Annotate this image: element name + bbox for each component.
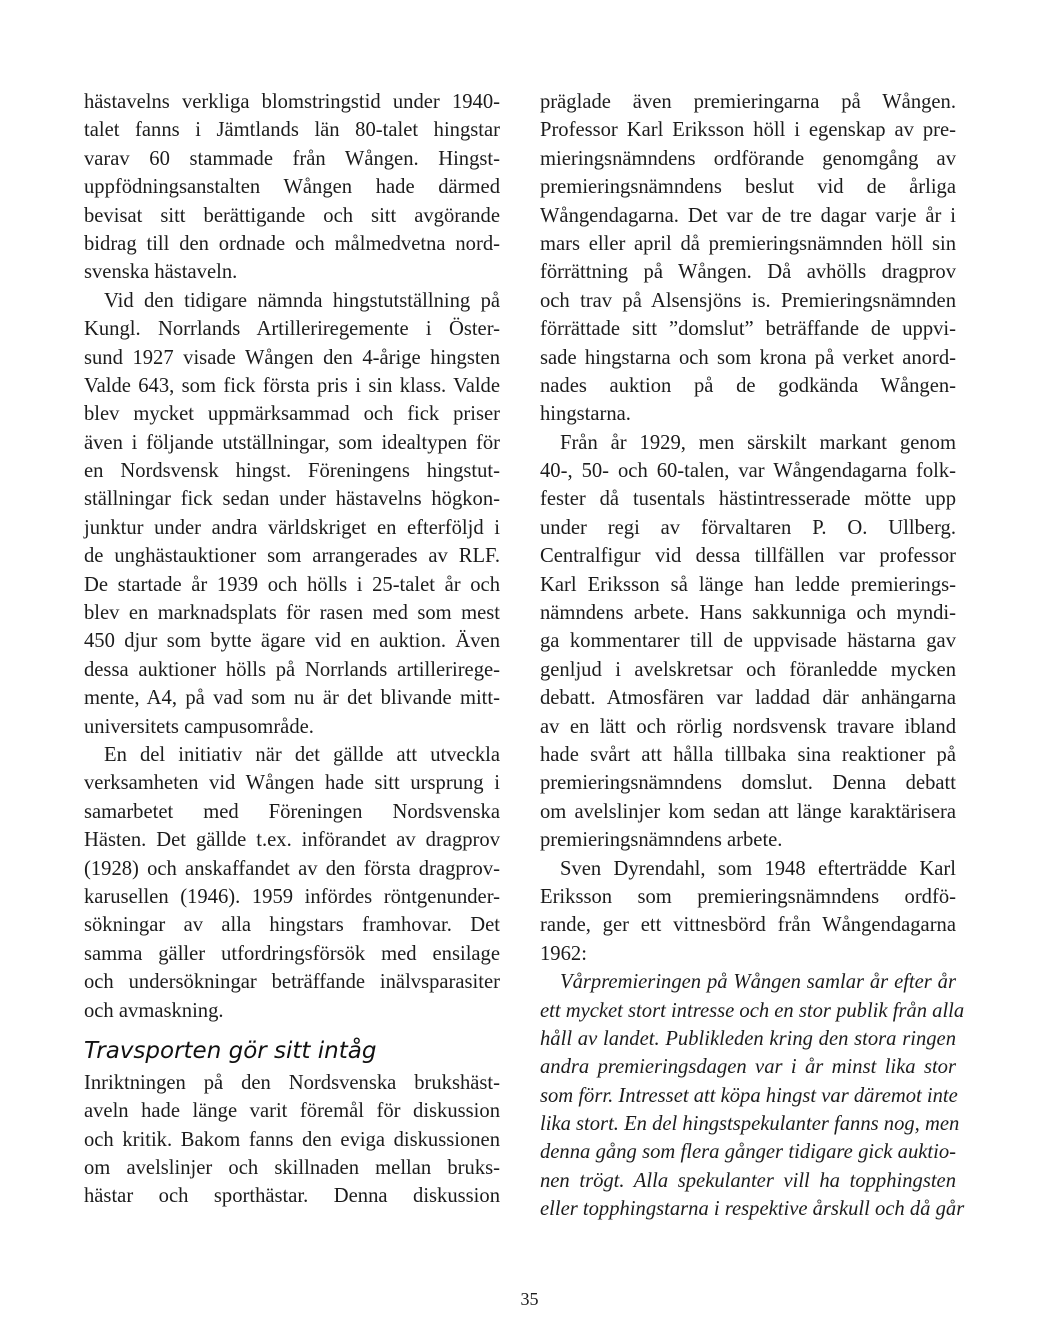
text-line: (1928) och anskaffandet av den första dr… xyxy=(84,855,500,883)
text-line: premieringsnämndens domslut. Denna debat… xyxy=(540,769,956,797)
paragraph: Från år 1929, men särskilt markant genom… xyxy=(540,429,956,855)
text-line: rande, ger ett vittnesbörd från Wångenda… xyxy=(540,911,956,939)
text-line: sökningar av alla hingstars framhovar. D… xyxy=(84,911,500,939)
text-line: Vårpremieringen på Wången samlar år efte… xyxy=(540,968,956,996)
text-line: Wångendagarna. Det var de tre dagar varj… xyxy=(540,202,956,230)
text-line: ställningar fick sedan under hästavelns … xyxy=(84,485,500,513)
text-line: och avmaskning. xyxy=(84,997,500,1025)
text-line: som förr. Intresset att köpa hingst var … xyxy=(540,1082,956,1110)
text-line: håll av landet. Publikleden kring den st… xyxy=(540,1025,956,1053)
text-line: bidrag till den ordnade och målmedvetna … xyxy=(84,230,500,258)
text-line: eller topphingstarna i respektive årskul… xyxy=(540,1195,956,1223)
text-line: 40-, 50- och 60-talen, var Wångendagarna… xyxy=(540,457,956,485)
text-line: under regi av förvaltaren P. O. Ullberg. xyxy=(540,514,956,542)
text-line: hästavelns verkliga blomstringstid under… xyxy=(84,88,500,116)
text-line: aveln hade länge varit föremål för disku… xyxy=(84,1097,500,1125)
text-line: Inriktningen på den Nordsvenska brukshäs… xyxy=(84,1069,500,1097)
text-line: karusellen (1946). 1959 infördes röntgen… xyxy=(84,883,500,911)
text-line: nen trögt. Alla spekulanter vill ha topp… xyxy=(540,1167,956,1195)
text-line: även i följande utställningar, som ideal… xyxy=(84,429,500,457)
text-line: nämndens arbete. Hans sakkunniga och myn… xyxy=(540,599,956,627)
text-line: förrättning på Wången. Då avhölls dragpr… xyxy=(540,258,956,286)
block-quote: Vårpremieringen på Wången samlar år efte… xyxy=(540,968,956,1224)
text-line: om avelslinjer kom sedan att länge karak… xyxy=(540,798,956,826)
text-line: mars eller april då premieringsnämnden h… xyxy=(540,230,956,258)
paragraph: hästavelns verkliga blomstringstid under… xyxy=(84,88,500,287)
text-line: Valde 643, som fick första pris i sin kl… xyxy=(84,372,500,400)
paragraph: Inriktningen på den Nordsvenska brukshäs… xyxy=(84,1069,500,1211)
text-line: och undersökningar beträffande inälvspar… xyxy=(84,968,500,996)
text-line: universitets campusområde. xyxy=(84,713,500,741)
text-line: 450 djur som bytte ägare vid en auktion.… xyxy=(84,627,500,655)
text-line: premieringsnämndens beslut vid de årliga xyxy=(540,173,956,201)
text-line: junktur under andra världskriget en efte… xyxy=(84,514,500,542)
text-line: sade hingstarna och som krona på verket … xyxy=(540,344,956,372)
text-line: förrättade sitt ”domslut” beträffande de… xyxy=(540,315,956,343)
text-line: uppfödningsanstalten Wången hade därmed xyxy=(84,173,500,201)
text-line: bevisat sitt berättigande och sitt avgör… xyxy=(84,202,500,230)
text-line: Hästen. Det gällde t.ex. införandet av d… xyxy=(84,826,500,854)
text-line: blev mycket uppmärksammad och fick prise… xyxy=(84,400,500,428)
text-line: talet fanns i Jämtlands län 80-talet hin… xyxy=(84,116,500,144)
text-line: mieringsnämndens ordförande genomgång av xyxy=(540,145,956,173)
text-line: En del initiativ när det gällde att utve… xyxy=(84,741,500,769)
paragraph: Sven Dyrendahl, som 1948 efterträdde Kar… xyxy=(540,855,956,969)
text-line: samarbetet med Föreningen Nordsvenska xyxy=(84,798,500,826)
text-line: hästar och sporthästar. Denna diskussion xyxy=(84,1182,500,1210)
text-line: dessa auktioner hölls på Norrlands artil… xyxy=(84,656,500,684)
text-line: verksamheten vid Wången hade sitt urspru… xyxy=(84,769,500,797)
text-line: hade svårt att hålla tillbaka sina reakt… xyxy=(540,741,956,769)
text-line: ga kommentarer till de uppvisade hästarn… xyxy=(540,627,956,655)
text-line: präglade även premieringarna på Wången. xyxy=(540,88,956,116)
paragraph: En del initiativ när det gällde att utve… xyxy=(84,741,500,1025)
text-line: Vid den tidigare nämnda hingstutställnin… xyxy=(84,287,500,315)
text-line: hingstarna. xyxy=(540,400,956,428)
text-line: om avelslinjer och skillnaden mellan bru… xyxy=(84,1154,500,1182)
text-line: Kungl. Norrlands Artilleriregemente i Ös… xyxy=(84,315,500,343)
text-line: de unghästauktioner som arrangerades av … xyxy=(84,542,500,570)
text-line: 1962: xyxy=(540,940,956,968)
text-line: nades auktion på de godkända Wången- xyxy=(540,372,956,400)
text-line: och kritik. Bakom fanns den eviga diskus… xyxy=(84,1126,500,1154)
text-line: Sven Dyrendahl, som 1948 efterträdde Kar… xyxy=(540,855,956,883)
page-number: 35 xyxy=(0,1289,1059,1310)
text-line: lika stort. En del hingstspekulanter fan… xyxy=(540,1110,956,1138)
text-line: De startade år 1939 och hölls i 25-talet… xyxy=(84,571,500,599)
right-column: präglade även premieringarna på Wången.P… xyxy=(540,88,956,1224)
text-line: och trav på Alsensjöns is. Premieringsnä… xyxy=(540,287,956,315)
text-line: andra premieringsdagen var i år minst li… xyxy=(540,1053,956,1081)
left-column: hästavelns verkliga blomstringstid under… xyxy=(84,88,500,1211)
text-line: varav 60 stammade från Wången. Hingst- xyxy=(84,145,500,173)
text-line: debatt. Atmosfären var laddad där anhäng… xyxy=(540,684,956,712)
paragraph: präglade även premieringarna på Wången.P… xyxy=(540,88,956,429)
section-heading: Travsporten gör sitt intåg xyxy=(84,1033,500,1069)
text-line: sund 1927 visade Wången den 4-årige hing… xyxy=(84,344,500,372)
text-line: en Nordsvensk hingst. Föreningens hingst… xyxy=(84,457,500,485)
text-line: Karl Eriksson så länge han ledde premier… xyxy=(540,571,956,599)
text-line: genljud i avelskretsar och föranledde my… xyxy=(540,656,956,684)
text-line: Eriksson som premieringsnämndens ordfö- xyxy=(540,883,956,911)
text-line: mente, A4, på vad som nu är det blivande… xyxy=(84,684,500,712)
text-line: premieringsnämndens arbete. xyxy=(540,826,956,854)
text-line: Professor Karl Eriksson höll i egenskap … xyxy=(540,116,956,144)
text-line: Centralfigur vid dessa tillfällen var pr… xyxy=(540,542,956,570)
text-line: ett mycket stort intresse och en stor pu… xyxy=(540,997,956,1025)
text-line: av en lätt och rörlig nordsvensk travare… xyxy=(540,713,956,741)
text-line: samma gäller utfordringsförsök med ensil… xyxy=(84,940,500,968)
paragraph: Vid den tidigare nämnda hingstutställnin… xyxy=(84,287,500,741)
text-line: denna gång som flera gånger tidigare gic… xyxy=(540,1138,956,1166)
text-line: fester då tusentals hästintresserade möt… xyxy=(540,485,956,513)
text-line: Från år 1929, men särskilt markant genom xyxy=(540,429,956,457)
text-line: blev en marknadsplats för rasen med som … xyxy=(84,599,500,627)
text-line: svenska hästaveln. xyxy=(84,258,500,286)
